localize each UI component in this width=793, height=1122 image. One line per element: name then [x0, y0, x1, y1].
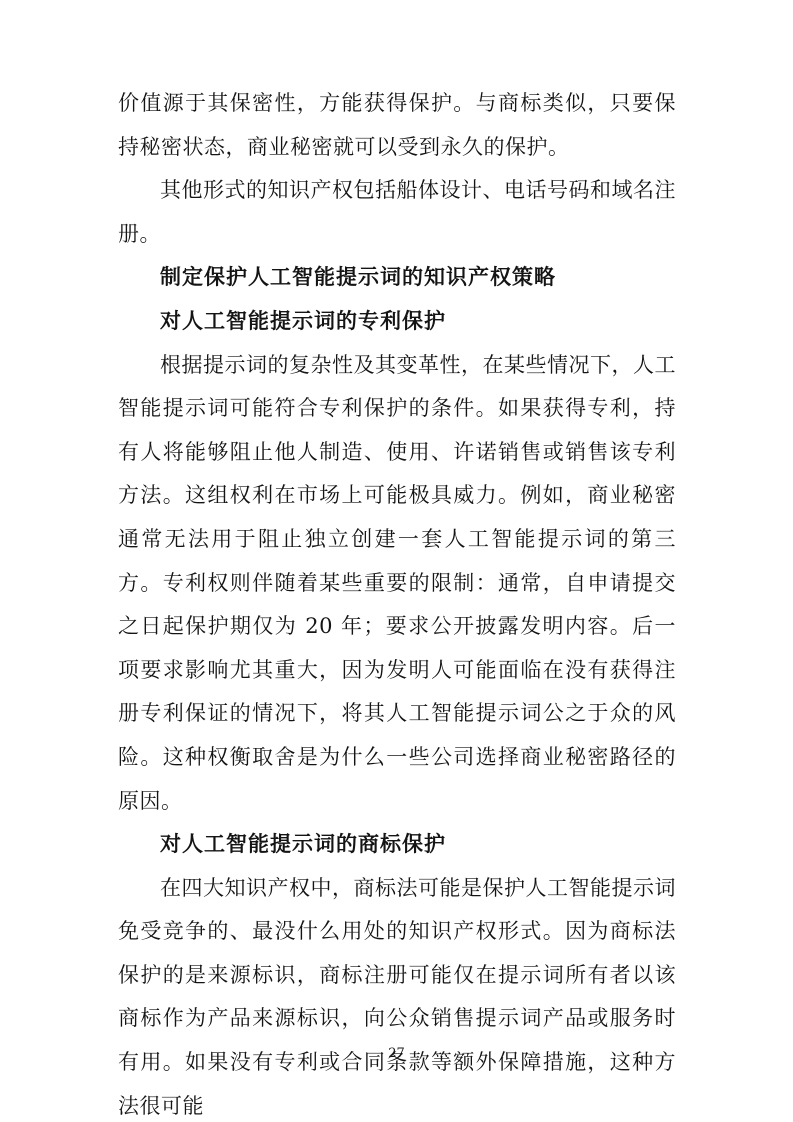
body-paragraph: 价值源于其保密性，方能获得保护。与商标类似，只要保持秘密状态，商业秘密就可以受到… [118, 82, 676, 169]
page-number: 27 [388, 1046, 405, 1061]
section-heading: 制定保护人工智能提示词的知识产权策略 [118, 256, 676, 300]
document-page: 价值源于其保密性，方能获得保护。与商标类似，只要保持秘密状态，商业秘密就可以受到… [0, 0, 793, 1122]
page-footer: 27 [0, 1046, 793, 1062]
section-heading: 对人工智能提示词的专利保护 [118, 300, 676, 344]
body-paragraph: 根据提示词的复杂性及其变革性，在某些情况下，人工智能提示词可能符合专利保护的条件… [118, 344, 676, 824]
section-heading: 对人工智能提示词的商标保护 [118, 823, 676, 867]
body-paragraph: 在四大知识产权中，商标法可能是保护人工智能提示词免受竞争的、最没什么用处的知识产… [118, 867, 676, 1122]
document-body: 价值源于其保密性，方能获得保护。与商标类似，只要保持秘密状态，商业秘密就可以受到… [118, 82, 676, 1122]
body-paragraph: 其他形式的知识产权包括船体设计、电话号码和域名注册。 [118, 169, 676, 256]
